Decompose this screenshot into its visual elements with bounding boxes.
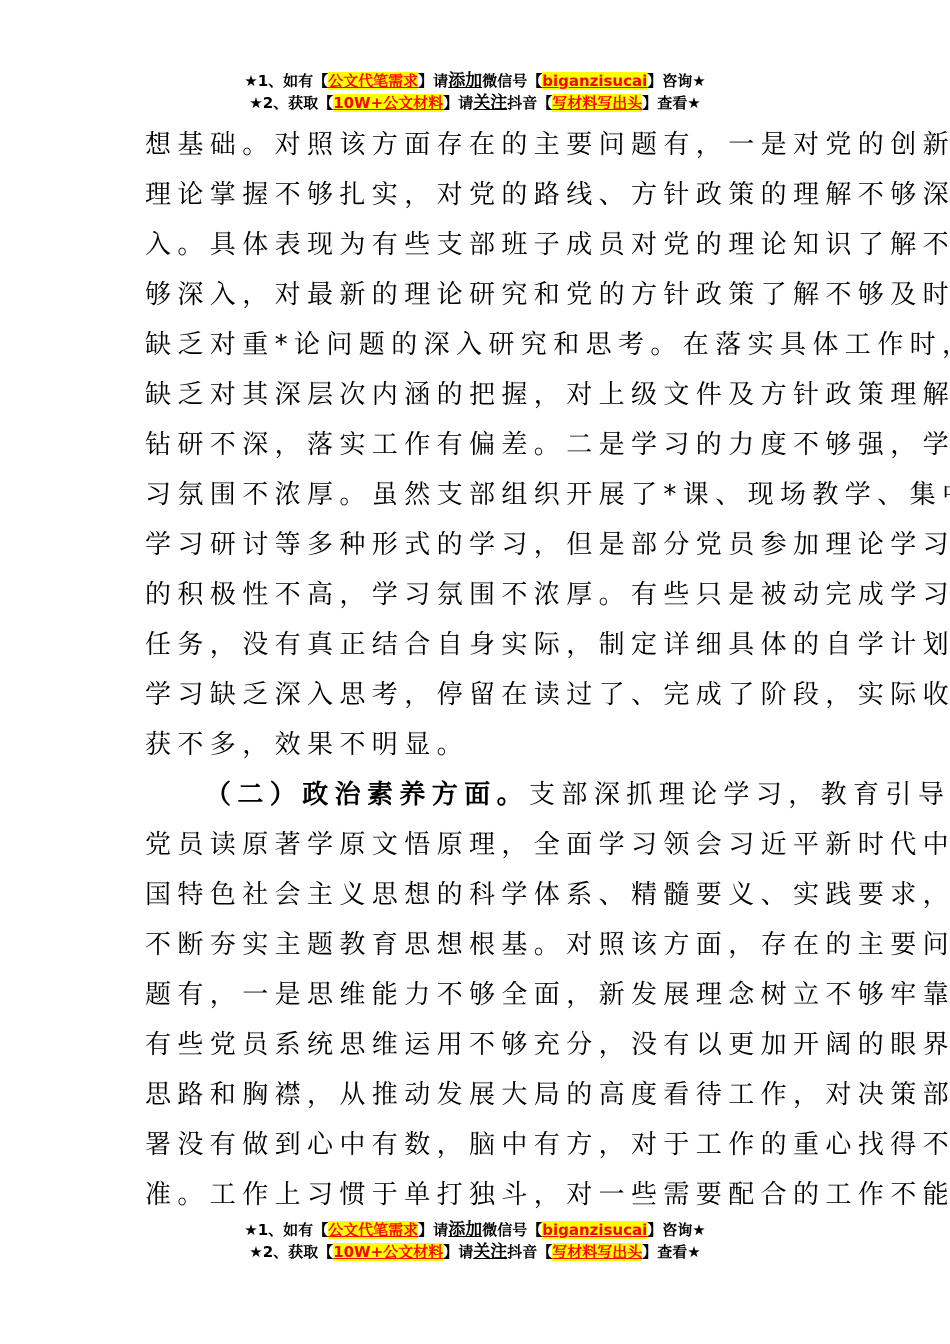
promo-text: ★2、获取【 <box>249 1243 333 1261</box>
underlined-follow: 关注 <box>473 93 507 113</box>
body-line: 缺乏对重*论问题的深入研究和思考。在落实具体工作时， <box>145 320 809 370</box>
underlined-add: 添加 <box>448 1220 482 1240</box>
promo-text: ★2、获取【 <box>249 94 333 112</box>
promo-text: 】咨询★ <box>647 72 705 90</box>
section-2-text: 支部深抓理论学习，教育引导 <box>529 780 950 810</box>
section-2-heading: （二）政治素养方面。 <box>205 780 529 810</box>
body-line: 署没有做到心中有数，脑中有方，对于工作的重心找得不 <box>145 1120 809 1170</box>
body-line: 钻研不深，落实工作有偏差。二是学习的力度不够强，学 <box>145 420 809 470</box>
underlined-follow: 关注 <box>473 1242 507 1262</box>
body-line: 习氛围不浓厚。虽然支部组织开展了*课、现场教学、集中 <box>145 470 809 520</box>
promo-text: ★1、如有【 <box>244 1221 328 1239</box>
promo-text: 】查看★ <box>642 1243 700 1261</box>
highlight-writing-service: 公文代笔需求 <box>328 1221 418 1239</box>
body-line: 理论掌握不够扎实，对党的路线、方针政策的理解不够深 <box>145 170 809 220</box>
body-line: 准。工作上习惯于单打独斗，对一些需要配合的工作不能 <box>145 1170 809 1220</box>
promo-text: 抖音【 <box>507 1243 552 1261</box>
body-line: 任务，没有真正结合自身实际，制定详细具体的自学计划 <box>145 620 809 670</box>
body-line: 思路和胸襟，从推动发展大局的高度看待工作，对决策部 <box>145 1070 809 1120</box>
body-line: 不断夯实主题教育思想根基。对照该方面，存在的主要问 <box>145 920 809 970</box>
highlight-materials: 10W+公文材料 <box>333 94 443 112</box>
promo-text: 】请 <box>418 72 448 90</box>
body-line: 党员读原著学原文悟原理，全面学习领会习近平新时代中 <box>145 820 809 870</box>
section-2-first-line: （二）政治素养方面。支部深抓理论学习，教育引导 <box>145 770 809 820</box>
promo-footer: ★1、如有【公文代笔需求】请添加微信号【biganzisucai】咨询★ ★2、… <box>0 1219 950 1263</box>
body-line: 学习研讨等多种形式的学习，但是部分党员参加理论学习 <box>145 520 809 570</box>
highlight-douyin-account: 写材料写出头 <box>552 94 642 112</box>
promo-text: ★1、如有【 <box>244 72 328 90</box>
body-line: 缺乏对其深层次内涵的把握，对上级文件及方针政策理解 <box>145 370 809 420</box>
body-line: 题有，一是思维能力不够全面，新发展理念树立不够牢靠 <box>145 970 809 1020</box>
promo-header-line-1: ★1、如有【公文代笔需求】请添加微信号【biganzisucai】咨询★ <box>0 70 950 92</box>
highlight-wechat-id: biganzisucai <box>542 72 647 90</box>
document-body: 想基础。对照该方面存在的主要问题有，一是对党的创新 理论掌握不够扎实，对党的路线… <box>145 120 809 1220</box>
body-line: 获不多，效果不明显。 <box>145 720 809 770</box>
highlight-materials: 10W+公文材料 <box>333 1243 443 1261</box>
body-line: 有些党员系统思维运用不够充分，没有以更加开阔的眼界 <box>145 1020 809 1070</box>
promo-text: 】请 <box>418 1221 448 1239</box>
body-line: 入。具体表现为有些支部班子成员对党的理论知识了解不 <box>145 220 809 270</box>
promo-header: ★1、如有【公文代笔需求】请添加微信号【biganzisucai】咨询★ ★2、… <box>0 70 950 114</box>
body-line: 想基础。对照该方面存在的主要问题有，一是对党的创新 <box>145 120 809 170</box>
underlined-add: 添加 <box>448 71 482 91</box>
body-line: 够深入，对最新的理论研究和党的方针政策了解不够及时 <box>145 270 809 320</box>
promo-header-line-2: ★2、获取【10W+公文材料】请关注抖音【写材料写出头】查看★ <box>0 92 950 114</box>
promo-text: 】请 <box>443 94 473 112</box>
highlight-writing-service: 公文代笔需求 <box>328 72 418 90</box>
promo-text: 】请 <box>443 1243 473 1261</box>
highlight-wechat-id: biganzisucai <box>542 1221 647 1239</box>
promo-text: 】咨询★ <box>647 1221 705 1239</box>
promo-text: 】查看★ <box>642 94 700 112</box>
promo-text: 抖音【 <box>507 94 552 112</box>
promo-text: 微信号【 <box>482 72 542 90</box>
promo-footer-line-1: ★1、如有【公文代笔需求】请添加微信号【biganzisucai】咨询★ <box>0 1219 950 1241</box>
promo-text: 微信号【 <box>482 1221 542 1239</box>
highlight-douyin-account: 写材料写出头 <box>552 1243 642 1261</box>
promo-footer-line-2: ★2、获取【10W+公文材料】请关注抖音【写材料写出头】查看★ <box>0 1241 950 1263</box>
body-line: 国特色社会主义思想的科学体系、精髓要义、实践要求， <box>145 870 809 920</box>
body-line: 的积极性不高，学习氛围不浓厚。有些只是被动完成学习 <box>145 570 809 620</box>
body-line: 学习缺乏深入思考，停留在读过了、完成了阶段，实际收 <box>145 670 809 720</box>
